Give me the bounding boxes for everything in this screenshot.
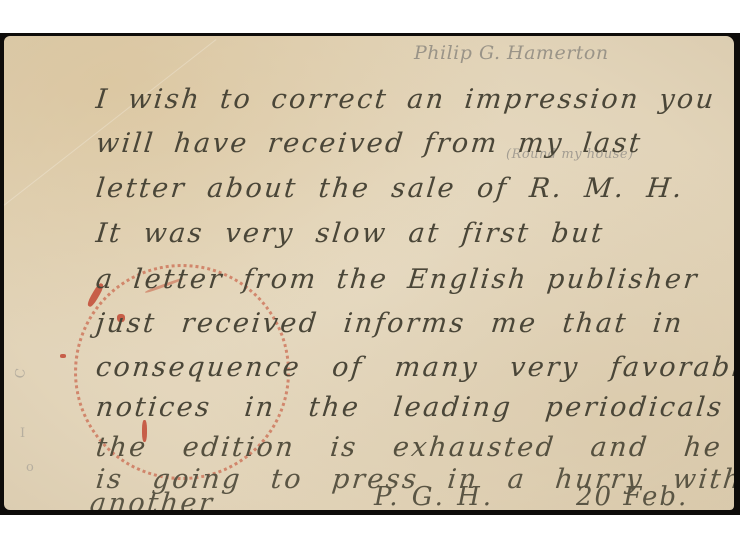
postcard: Philip G. Hamerton (Round my house) I wi… bbox=[4, 36, 734, 510]
letter-line: the edition is exhausted and he bbox=[94, 432, 724, 463]
margin-mark: o bbox=[26, 460, 34, 475]
letter-date: 20 Feb. bbox=[576, 482, 688, 510]
letter-line: will have received from my last bbox=[94, 128, 644, 159]
pencil-name-annotation: Philip G. Hamerton bbox=[414, 42, 609, 64]
letter-line: I wish to correct an impression you bbox=[94, 84, 717, 115]
letter-line: another bbox=[88, 488, 216, 510]
red-stamp-smudge bbox=[60, 354, 66, 358]
letter-line: consequence of many very favorable bbox=[94, 352, 734, 383]
margin-mark: C bbox=[13, 367, 30, 379]
letter-line: a letter from the English publisher bbox=[94, 264, 700, 295]
margin-mark: I bbox=[20, 426, 25, 441]
letter-line: letter about the sale of R. M. H. bbox=[94, 173, 685, 204]
signature-initials: P. G. H. bbox=[374, 482, 494, 510]
letter-line: just received informs me that in bbox=[94, 308, 685, 339]
letter-line: It was very slow at first but bbox=[94, 218, 606, 249]
letter-line: notices in the leading periodicals bbox=[94, 392, 725, 423]
